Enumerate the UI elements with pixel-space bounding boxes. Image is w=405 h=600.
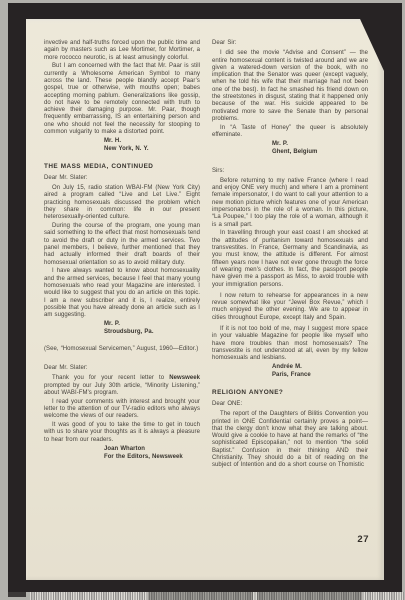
letter-paragraph: Before returning to my native France (wh… (212, 178, 368, 229)
signature-name: Joan Wharton (104, 446, 200, 454)
left-column: invective and half-truths forced upon th… (44, 40, 200, 470)
letter-paragraph: If it is not too bold of me, may I sugge… (212, 326, 368, 362)
letter-paragraph: In “A Taste of Honey” the queer is absol… (212, 125, 368, 140)
letter-signature: Mr. P. Ghent, Belgium (272, 141, 368, 156)
letter-paragraph: The report of the Daughters of Bilitis C… (212, 411, 368, 469)
letter-paragraph: In travelling through your east coast I … (212, 230, 368, 288)
letter-signature: Mr. P. Stroudsburg, Pa. (104, 321, 200, 336)
letter-paragraph: I now return to rehearse for appearances… (212, 293, 368, 322)
editor-note: (See, “Homosexual Servicemen,” August, 1… (44, 346, 200, 353)
letter-paragraph: I did see the movie “Advise and Consent”… (212, 50, 368, 123)
fore-edge-shadow (148, 592, 253, 600)
page-number: 27 (357, 534, 369, 545)
signature-place: Paris, France (272, 372, 368, 380)
letter-salutation: Dear Mr. Slater: (44, 365, 200, 372)
signature-place: For the Editors, Newsweek (104, 454, 200, 462)
signature-place: Ghent, Belgium (272, 149, 368, 157)
signature-place: New York, N. Y. (104, 146, 200, 154)
section-heading: THE MASS MEDIA, CONTINUED (44, 163, 200, 170)
right-column: Dear Sir: I did see the movie “Advise an… (212, 40, 368, 471)
letter-paragraph: I read your comments with interest and b… (44, 399, 200, 421)
letter-signature: Mr. H. New York, N. Y. (104, 138, 200, 153)
paragraph-text: Thank you for your recent letter to (52, 375, 169, 381)
letter-signature: Joan Wharton For the Editors, Newsweek (104, 446, 200, 461)
section-heading: RELIGION ANYONE? (212, 389, 368, 396)
letter-paragraph: I have always wanted to know about homos… (44, 268, 200, 319)
magazine-page: invective and half-truths forced upon th… (26, 19, 384, 580)
fore-edge-shadow (257, 592, 362, 600)
signature-name: Mr. P. (272, 141, 368, 149)
black-backing-foot (8, 592, 26, 597)
book-fore-edge-pages (30, 592, 405, 600)
letter-salutation: Dear Sir: (212, 40, 368, 47)
letter-salutation: Dear Mr. Slater: (44, 175, 200, 182)
bold-publication-name: Newsweek (169, 375, 200, 381)
scanned-magazine-page: invective and half-truths forced upon th… (0, 0, 405, 600)
paragraph-text: prompted by our July 30th article, “Mino… (44, 383, 200, 396)
letter-salutation: Dear ONE: (212, 401, 368, 408)
letter-paragraph: On July 15, radio station WBAI-FM (New Y… (44, 185, 200, 221)
signature-place: Stroudsburg, Pa. (104, 329, 200, 337)
letter-salutation: Sirs: (212, 168, 368, 175)
letter-paragraph: invective and half-truths forced upon th… (44, 40, 200, 62)
letter-signature: Andrée M. Paris, France (272, 364, 368, 379)
letter-paragraph: It was good of you to take the time to g… (44, 422, 200, 444)
letter-paragraph: Thank you for your recent letter to News… (44, 375, 200, 397)
letter-paragraph: During the course of the program, one yo… (44, 223, 200, 267)
letter-paragraph: But I am concerned with the fact that Mr… (44, 63, 200, 136)
signature-name: Andrée M. (272, 364, 368, 372)
signature-name: Mr. P. (104, 321, 200, 329)
signature-name: Mr. H. (104, 138, 200, 146)
